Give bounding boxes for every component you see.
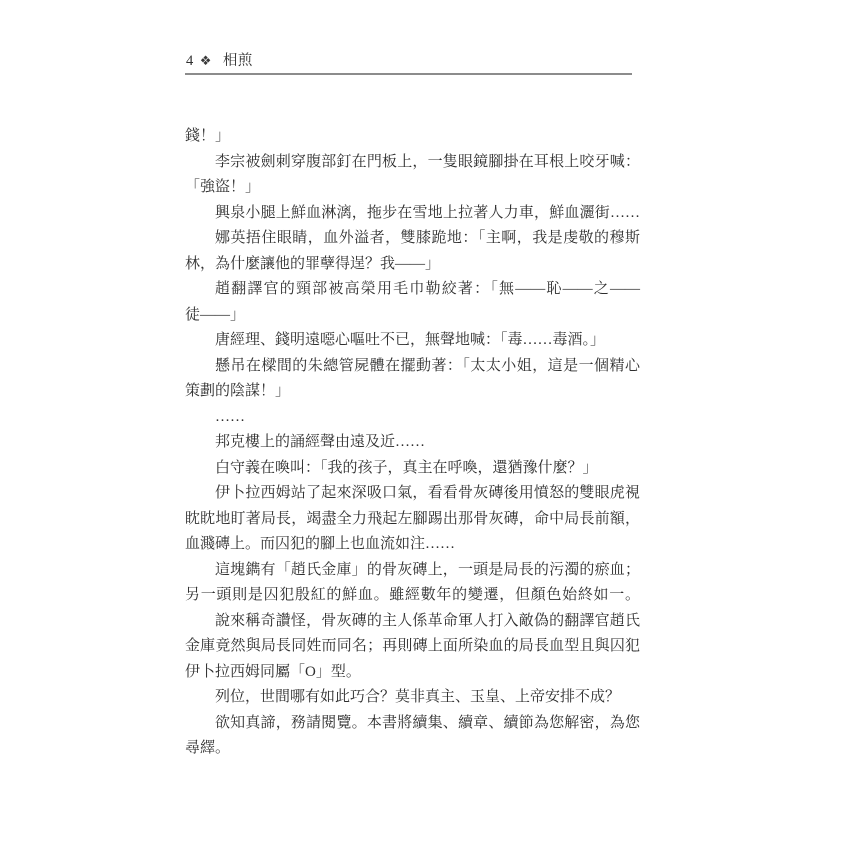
text-line: 白守義在喚叫：「我的孩子，真主在呼喚，還猶豫什麼？」: [185, 456, 640, 482]
text-line: 眈眈地盯著局長，竭盡全力飛起左腳踢出那骨灰磚，命中局長前額，: [185, 507, 640, 533]
text-line: 另一頭則是囚犯殷紅的鮮血。雖經數年的變遷，但顏色始終如一。: [185, 583, 640, 609]
text-line: 李宗被劍刺穿腹部釘在門板上，一隻眼鏡腳掛在耳根上咬牙喊：: [185, 150, 640, 176]
text-line: 尋繹。: [185, 736, 640, 762]
text-line: 娜英捂住眼睛，血外溢者，雙膝跪地：「主啊，我是虔敬的穆斯: [185, 226, 640, 252]
text-line: 邦克樓上的誦經聲由遠及近……: [185, 430, 640, 456]
text-line: 趙翻譯官的頸部被高榮用毛巾勒絞著：「無——恥——之——: [185, 277, 640, 303]
text-line: 說來稱奇讚怪，骨灰磚的主人係革命軍人打入敵偽的翻譯官趙氏: [185, 609, 640, 635]
diamond-ornament-icon: ❖: [200, 52, 212, 70]
text-line: ……: [185, 405, 640, 431]
page-number: 4: [186, 52, 194, 70]
text-line: 興泉小腿上鮮血淋漓，拖步在雪地上拉著人力車，鮮血灑街……: [185, 201, 640, 227]
text-line: 這塊鐫有「趙氏金庫」的骨灰磚上，一頭是局長的污濁的瘀血；: [185, 558, 640, 584]
text-line: 列位，世間哪有如此巧合？莫非真主、玉皇、上帝安排不成？: [185, 685, 640, 711]
running-header: 4❖相煎: [186, 52, 633, 70]
text-line: 「強盜！」: [185, 175, 640, 201]
header-rule: [185, 73, 632, 75]
text-line: 金庫竟然與局長同姓而同名；再則磚上面所染血的局長血型且與囚犯: [185, 634, 640, 660]
text-body: 錢！」李宗被劍刺穿腹部釘在門板上，一隻眼鏡腳掛在耳根上咬牙喊：「強盜！」興泉小腿…: [185, 124, 640, 762]
text-line: 伊卜拉西姆站了起來深吸口氣，看看骨灰磚後用憤怒的雙眼虎視: [185, 481, 640, 507]
text-line: 錢！」: [185, 124, 640, 150]
chapter-title: 相煎: [223, 53, 253, 69]
text-line: 懸吊在樑間的朱總管屍體在擺動著：「太太小姐，這是一個精心: [185, 354, 640, 380]
text-line: 欲知真諦，務請閱覽。本書將續集、續章、續節為您解密，為您: [185, 711, 640, 737]
text-line: 血濺磚上。而囚犯的腳上也血流如注……: [185, 532, 640, 558]
text-line: 唐經理、錢明遠噁心嘔吐不已，無聲地喊：「毒……毒酒。」: [185, 328, 640, 354]
text-line: 徒——」: [185, 303, 640, 329]
text-line: 策劃的陰謀！」: [185, 379, 640, 405]
text-line: 林，為什麼讓他的罪孽得逞？我——」: [185, 252, 640, 278]
book-page: 4❖相煎 錢！」李宗被劍刺穿腹部釘在門板上，一隻眼鏡腳掛在耳根上咬牙喊：「強盜！…: [0, 0, 850, 850]
text-line: 伊卜拉西姆同屬「O」型。: [185, 660, 640, 686]
